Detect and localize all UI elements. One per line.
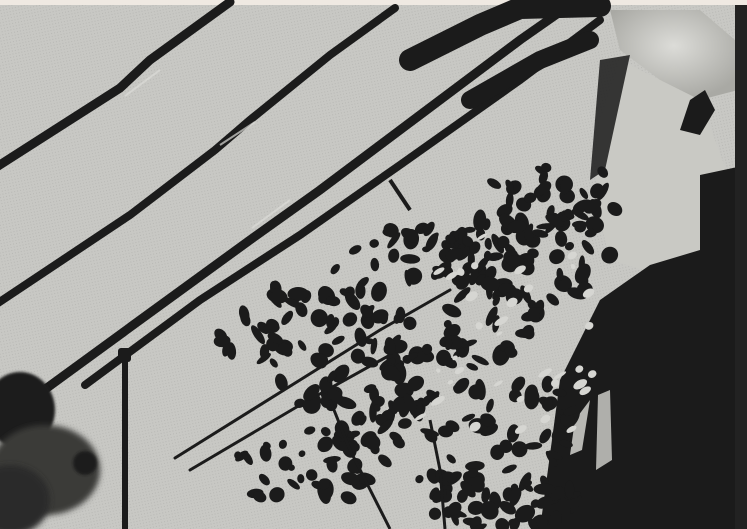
print-border xyxy=(0,0,747,5)
greenhouse-photograph xyxy=(0,0,747,529)
